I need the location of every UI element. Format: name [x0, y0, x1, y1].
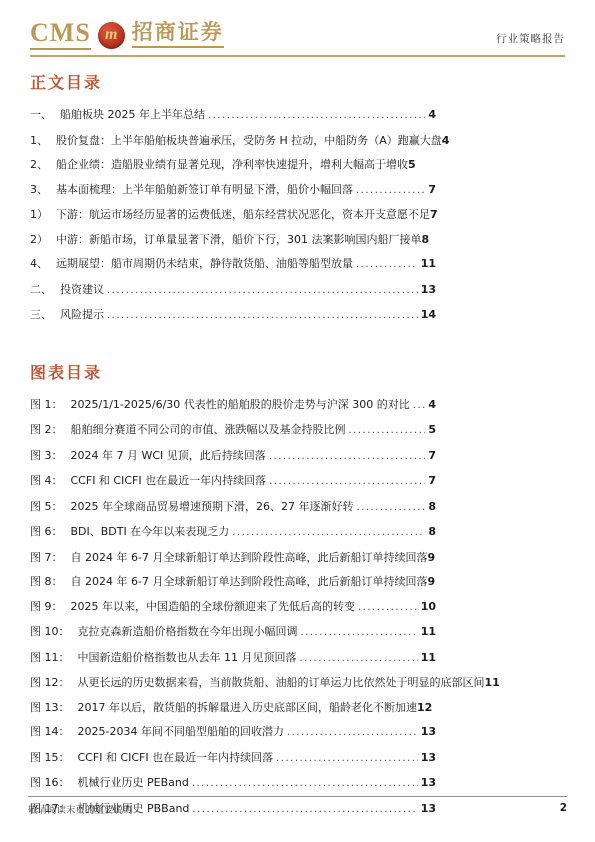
toc-dot-leader	[276, 751, 418, 767]
toc-row[interactable]: 图 6： BDI、BDTI 在今年以来表现乏力 8	[30, 525, 436, 541]
toc-dot-leader	[208, 108, 425, 124]
toc-entry-label: 图 14：	[30, 725, 70, 740]
toc-row[interactable]: 图 5： 2025 年全球商品贸易增速预期下滑，26、27 年逐渐好转 8	[30, 500, 436, 516]
figure-toc-section: 图表目录 图 1： 2025/1/1-2025/6/30 代表性的船舶股的股价走…	[30, 360, 565, 818]
toc-row[interactable]: 图 15： CCFI 和 CICFI 也在最近一年内持续回落 13	[30, 751, 436, 767]
toc-row[interactable]: 图 1： 2025/1/1-2025/6/30 代表性的船舶股的股价走势与沪深 …	[30, 398, 436, 414]
toc-entry-text: CCFI 和 CICFI 也在最近一年内持续回落	[78, 751, 274, 766]
toc-dot-leader	[356, 183, 425, 199]
toc-entry-text: 投资建议	[60, 283, 104, 298]
toc-page-number: 11	[421, 257, 436, 272]
toc-page-number: 7	[428, 474, 436, 489]
toc-entry-text: 从更长远的历史数据来看，当前散货船、油船的订单运力比依然处于明显的底部区间	[78, 676, 485, 691]
toc-entry-label: 图 13：	[30, 701, 70, 716]
toc-row[interactable]: 一、 船舶板块 2025 年上半年总结 4	[30, 108, 436, 124]
toc-dot-leader	[358, 600, 418, 616]
toc-entry-text: CCFI 和 CICFI 也在最近一年内持续回落	[71, 474, 267, 489]
toc-page-number: 9	[427, 575, 435, 590]
toc-entry-text: 船企业绩：造船股业绩有显著兑现，净利率快速提升，增利大幅高于增收	[56, 158, 408, 173]
toc-entry-label: 图 6：	[30, 525, 63, 540]
toc-dot-leader	[301, 625, 418, 641]
toc-row[interactable]: 图 16： 机械行业历史 PEBand 13	[30, 776, 436, 792]
toc-row[interactable]: 图 3： 2024 年 7 月 WCI 见顶，此后持续回落 7	[30, 449, 436, 465]
toc-page-number: 13	[421, 283, 436, 298]
toc-page-number: 11	[485, 676, 500, 691]
toc-page-number: 7	[428, 183, 436, 198]
toc-entry-label: 1、	[30, 134, 48, 149]
toc-page-number: 8	[428, 525, 436, 540]
footer-disclaimer: 敬请阅读末页的重要说明	[28, 802, 133, 816]
toc-entry-text: 克拉克森新造船价格指数在今年出现小幅回调	[78, 625, 298, 640]
toc-entry-text: 2025 年全球商品贸易增速预期下滑，26、27 年逐渐好转	[71, 500, 354, 515]
toc-entry-label: 图 11：	[30, 651, 70, 666]
toc-entry-text: 自 2024 年 6-7 月全球新船订单达到阶段性高峰，此后新船订单持续回落	[71, 551, 428, 566]
toc-row[interactable]: 图 7： 自 2024 年 6-7 月全球新船订单达到阶段性高峰，此后新船订单持…	[30, 551, 565, 566]
toc-entry-text: 股价复盘：上半年船舶板块普遍承压，受防务 H 拉动，中船防务（A）跑赢大盘	[56, 134, 442, 149]
figure-toc-title: 图表目录	[30, 360, 565, 383]
toc-entry-label: 图 4：	[30, 474, 63, 489]
toc-dot-leader	[349, 423, 426, 439]
toc-page-number: 4	[428, 398, 436, 413]
toc-page-number: 12	[417, 701, 432, 716]
toc-page-number: 8	[428, 500, 436, 515]
toc-row[interactable]: 1） 下游：航运市场经历显著的运费低迷，船东经营状况恶化，资本开支意愿不足 7	[30, 208, 565, 223]
toc-dot-leader	[300, 651, 418, 667]
toc-row[interactable]: 图 2： 船舶细分赛道不同公司的市值、涨跌幅以及基金持股比例 5	[30, 423, 436, 439]
toc-dot-leader	[269, 449, 426, 465]
toc-page-number: 10	[421, 600, 436, 615]
toc-entry-label: 图 2：	[30, 423, 63, 438]
toc-entry-label: 三、	[30, 308, 52, 323]
toc-entry-text: 机械行业历史 PEBand	[78, 776, 189, 791]
toc-page-number: 13	[421, 751, 436, 766]
toc-row[interactable]: 2） 中游：新船市场，订单量显著下滑，船价下行，301 法案影响国内船厂接单 8	[30, 233, 565, 248]
toc-page-number: 5	[408, 158, 416, 173]
cms-logo-text: CMS	[30, 20, 91, 50]
toc-entry-label: 图 16：	[30, 776, 70, 791]
toc-entry-text: 风险提示	[60, 308, 104, 323]
toc-page-number: 7	[430, 208, 438, 223]
toc-dot-leader	[269, 474, 425, 490]
toc-page-number: 11	[421, 625, 436, 640]
toc-row[interactable]: 图 4： CCFI 和 CICFI 也在最近一年内持续回落 7	[30, 474, 436, 490]
toc-page-number: 8	[422, 233, 430, 248]
main-toc-list: 一、 船舶板块 2025 年上半年总结 4 1、 股价复盘：上半年船舶板块普遍承…	[30, 108, 565, 324]
page-header: CMS m 招商证券 行业策略报告	[30, 20, 565, 57]
toc-page-number: 7	[428, 449, 436, 464]
toc-dot-leader	[107, 308, 418, 324]
toc-entry-text: 中国新造船价格指数也从去年 11 月见顶回落	[78, 651, 297, 666]
toc-entry-text: 船舶细分赛道不同公司的市值、涨跌幅以及基金持股比例	[71, 423, 346, 438]
toc-row[interactable]: 1、 股价复盘：上半年船舶板块普遍承压，受防务 H 拉动，中船防务（A）跑赢大盘…	[30, 134, 565, 149]
toc-entry-label: 3、	[30, 183, 48, 198]
toc-row[interactable]: 4、 远期展望：船市周期仍未结束，静待散货船、油船等船型放量 11	[30, 257, 436, 273]
toc-entry-label: 图 12：	[30, 676, 70, 691]
toc-row[interactable]: 三、 风险提示 14	[30, 308, 436, 324]
main-toc-title: 正文目录	[30, 70, 565, 93]
toc-entry-label: 一、	[30, 108, 52, 123]
toc-dot-leader	[287, 725, 418, 741]
toc-row[interactable]: 2、 船企业绩：造船股业绩有显著兑现，净利率快速提升，增利大幅高于增收 5	[30, 158, 565, 173]
company-name: 招商证券	[132, 22, 224, 48]
toc-entry-text: 2025-2034 年间不同船型船舶的回收潜力	[78, 725, 284, 740]
toc-page-number: 4	[428, 108, 436, 123]
toc-entry-label: 图 3：	[30, 449, 63, 464]
toc-entry-label: 二、	[30, 283, 52, 298]
cms-logo: CMS m 招商证券	[30, 20, 224, 50]
toc-page-number: 5	[428, 423, 436, 438]
toc-dot-leader	[192, 776, 418, 792]
toc-page-number: 13	[421, 725, 436, 740]
toc-entry-label: 1）	[30, 208, 48, 223]
toc-entry-label: 图 10：	[30, 625, 70, 640]
toc-row[interactable]: 图 14： 2025-2034 年间不同船型船舶的回收潜力 13	[30, 725, 436, 741]
footer-page-number: 2	[560, 802, 567, 814]
page-footer: 敬请阅读末页的重要说明 2	[28, 796, 567, 816]
toc-entry-text: 2025/1/1-2025/6/30 代表性的船舶股的股价走势与沪深 300 的…	[71, 398, 410, 413]
toc-page-number: 13	[421, 776, 436, 791]
toc-entry-text: 远期展望：船市周期仍未结束，静待散货船、油船等船型放量	[56, 257, 353, 272]
toc-entry-label: 4、	[30, 257, 48, 272]
toc-entry-text: 基本面梳理：上半年船舶新签订单有明显下滑，船价小幅回落	[56, 183, 353, 198]
toc-entry-text: 2024 年 7 月 WCI 见顶，此后持续回落	[71, 449, 266, 464]
toc-entry-text: BDI、BDTI 在今年以来表现乏力	[71, 525, 230, 540]
report-page: CMS m 招商证券 行业策略报告 正文目录 一、 船舶板块 2025 年上半年…	[0, 0, 595, 842]
report-type-label: 行业策略报告	[496, 31, 565, 50]
toc-dot-leader	[232, 525, 425, 541]
toc-row[interactable]: 图 11： 中国新造船价格指数也从去年 11 月见顶回落 11	[30, 651, 436, 667]
toc-entry-label: 图 9：	[30, 600, 63, 615]
cms-logo-icon: m	[98, 22, 125, 49]
toc-dot-leader	[356, 257, 418, 273]
toc-page-number: 14	[421, 308, 436, 323]
toc-page-number: 11	[421, 651, 436, 666]
toc-row[interactable]: 图 8： 自 2024 年 6-7 月全球新船订单达到阶段性高峰，此后新船订单持…	[30, 575, 565, 590]
toc-entry-text: 中游：新船市场，订单量显著下滑，船价下行，301 法案影响国内船厂接单	[56, 233, 422, 248]
toc-row[interactable]: 3、 基本面梳理：上半年船舶新签订单有明显下滑，船价小幅回落 7	[30, 183, 436, 199]
toc-entry-text: 自 2024 年 6-7 月全球新船订单达到阶段性高峰，此后新船订单持续回落	[71, 575, 428, 590]
toc-entry-label: 图 15：	[30, 751, 70, 766]
toc-entry-label: 图 8：	[30, 575, 63, 590]
toc-entry-text: 船舶板块 2025 年上半年总结	[60, 108, 205, 123]
toc-row[interactable]: 图 9： 2025 年以来，中国造船的全球份额迎来了先低后高的转变 10	[30, 600, 436, 616]
toc-entry-label: 图 1：	[30, 398, 63, 413]
main-toc-section: 正文目录 一、 船舶板块 2025 年上半年总结 4 1、 股价复盘：上半年船舶…	[30, 70, 565, 324]
toc-dot-leader	[356, 500, 425, 516]
toc-row[interactable]: 图 10： 克拉克森新造船价格指数在今年出现小幅回调 11	[30, 625, 436, 641]
figure-toc-list: 图 1： 2025/1/1-2025/6/30 代表性的船舶股的股价走势与沪深 …	[30, 398, 565, 818]
toc-entry-text: 2017 年以后，散货船的拆解量进入历史底部区间，船龄老化不断加速	[78, 701, 418, 716]
toc-page-number: 9	[427, 551, 435, 566]
toc-row[interactable]: 图 12： 从更长远的历史数据来看，当前散货船、油船的订单运力比依然处于明显的底…	[30, 676, 565, 691]
toc-entry-label: 2、	[30, 158, 48, 173]
toc-dot-leader	[413, 398, 426, 414]
toc-entry-label: 图 7：	[30, 551, 63, 566]
toc-row[interactable]: 二、 投资建议 13	[30, 283, 436, 299]
toc-entry-text: 2025 年以来，中国造船的全球份额迎来了先低后高的转变	[71, 600, 356, 615]
toc-page-number: 4	[442, 134, 450, 149]
toc-entry-label: 图 5：	[30, 500, 63, 515]
toc-dot-leader	[107, 283, 418, 299]
toc-entry-text: 下游：航运市场经历显著的运费低迷，船东经营状况恶化，资本开支意愿不足	[56, 208, 430, 223]
toc-entry-label: 2）	[30, 233, 48, 248]
toc-row[interactable]: 图 13： 2017 年以后，散货船的拆解量进入历史底部区间，船龄老化不断加速 …	[30, 701, 565, 716]
